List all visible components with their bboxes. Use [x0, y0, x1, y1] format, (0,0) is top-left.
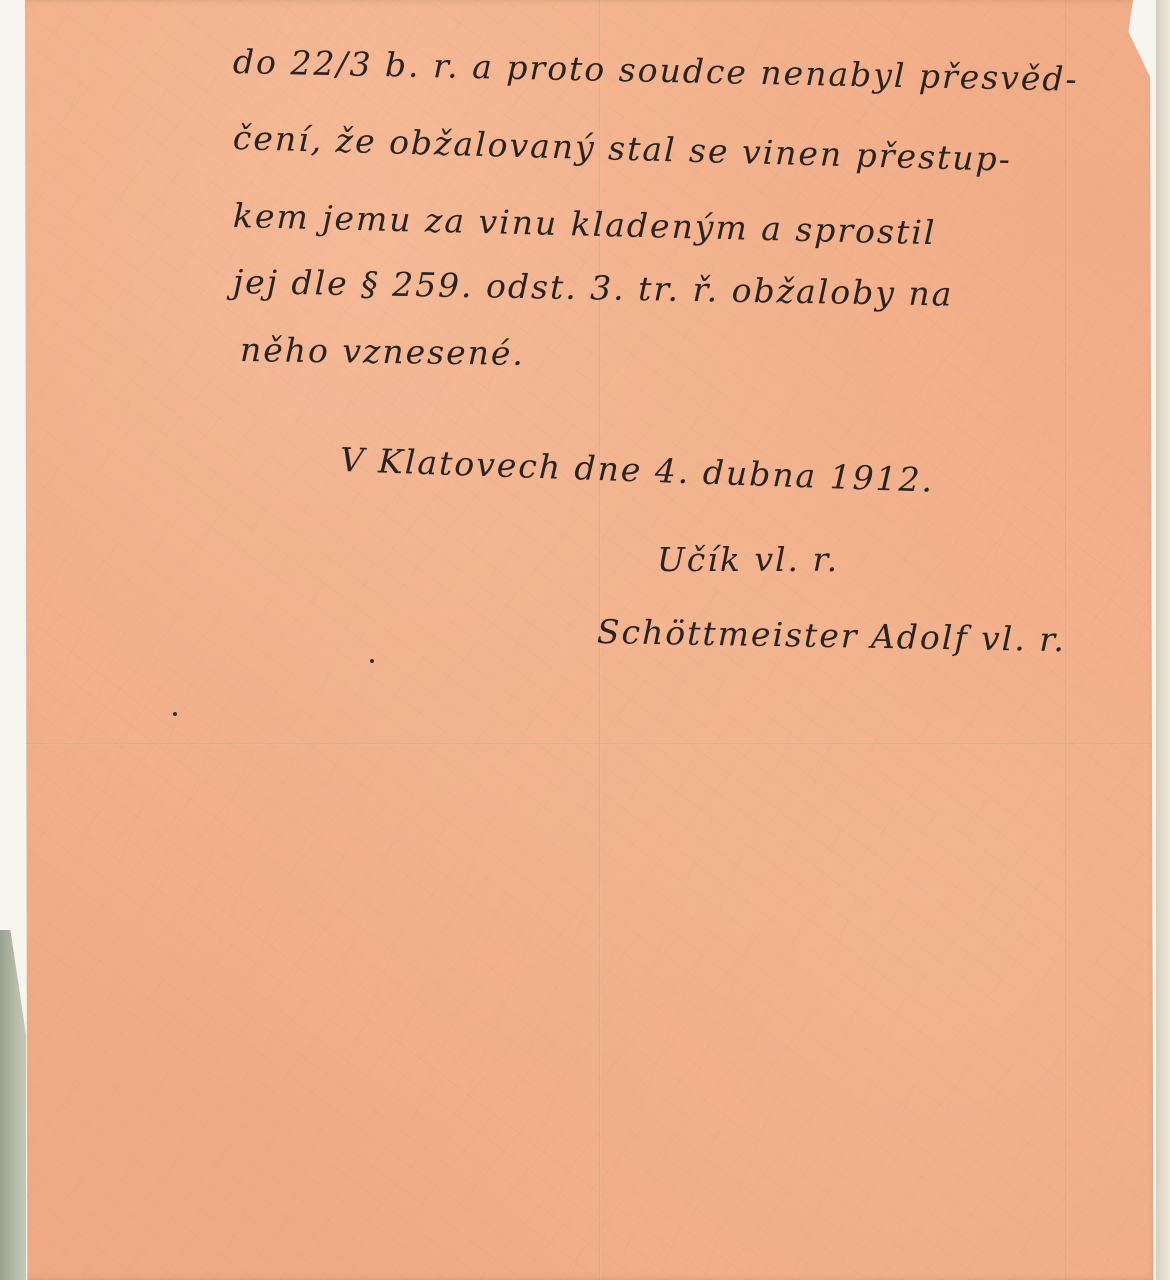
ink-dot [173, 712, 177, 716]
body-line-5: něho vznesené. [240, 330, 525, 373]
horizontal-fold-line [25, 743, 1158, 745]
signature-2: Schöttmeister Adolf vl. r. [597, 612, 1067, 659]
scan-backdrop-left [0, 930, 26, 1280]
letter-page: do 22/3 b. r. a proto soudce nenabyl pře… [25, 0, 1158, 1280]
ink-dot [370, 659, 374, 663]
scan-backdrop-right [1156, 0, 1170, 1280]
signature-1: Učík vl. r. [657, 540, 839, 579]
